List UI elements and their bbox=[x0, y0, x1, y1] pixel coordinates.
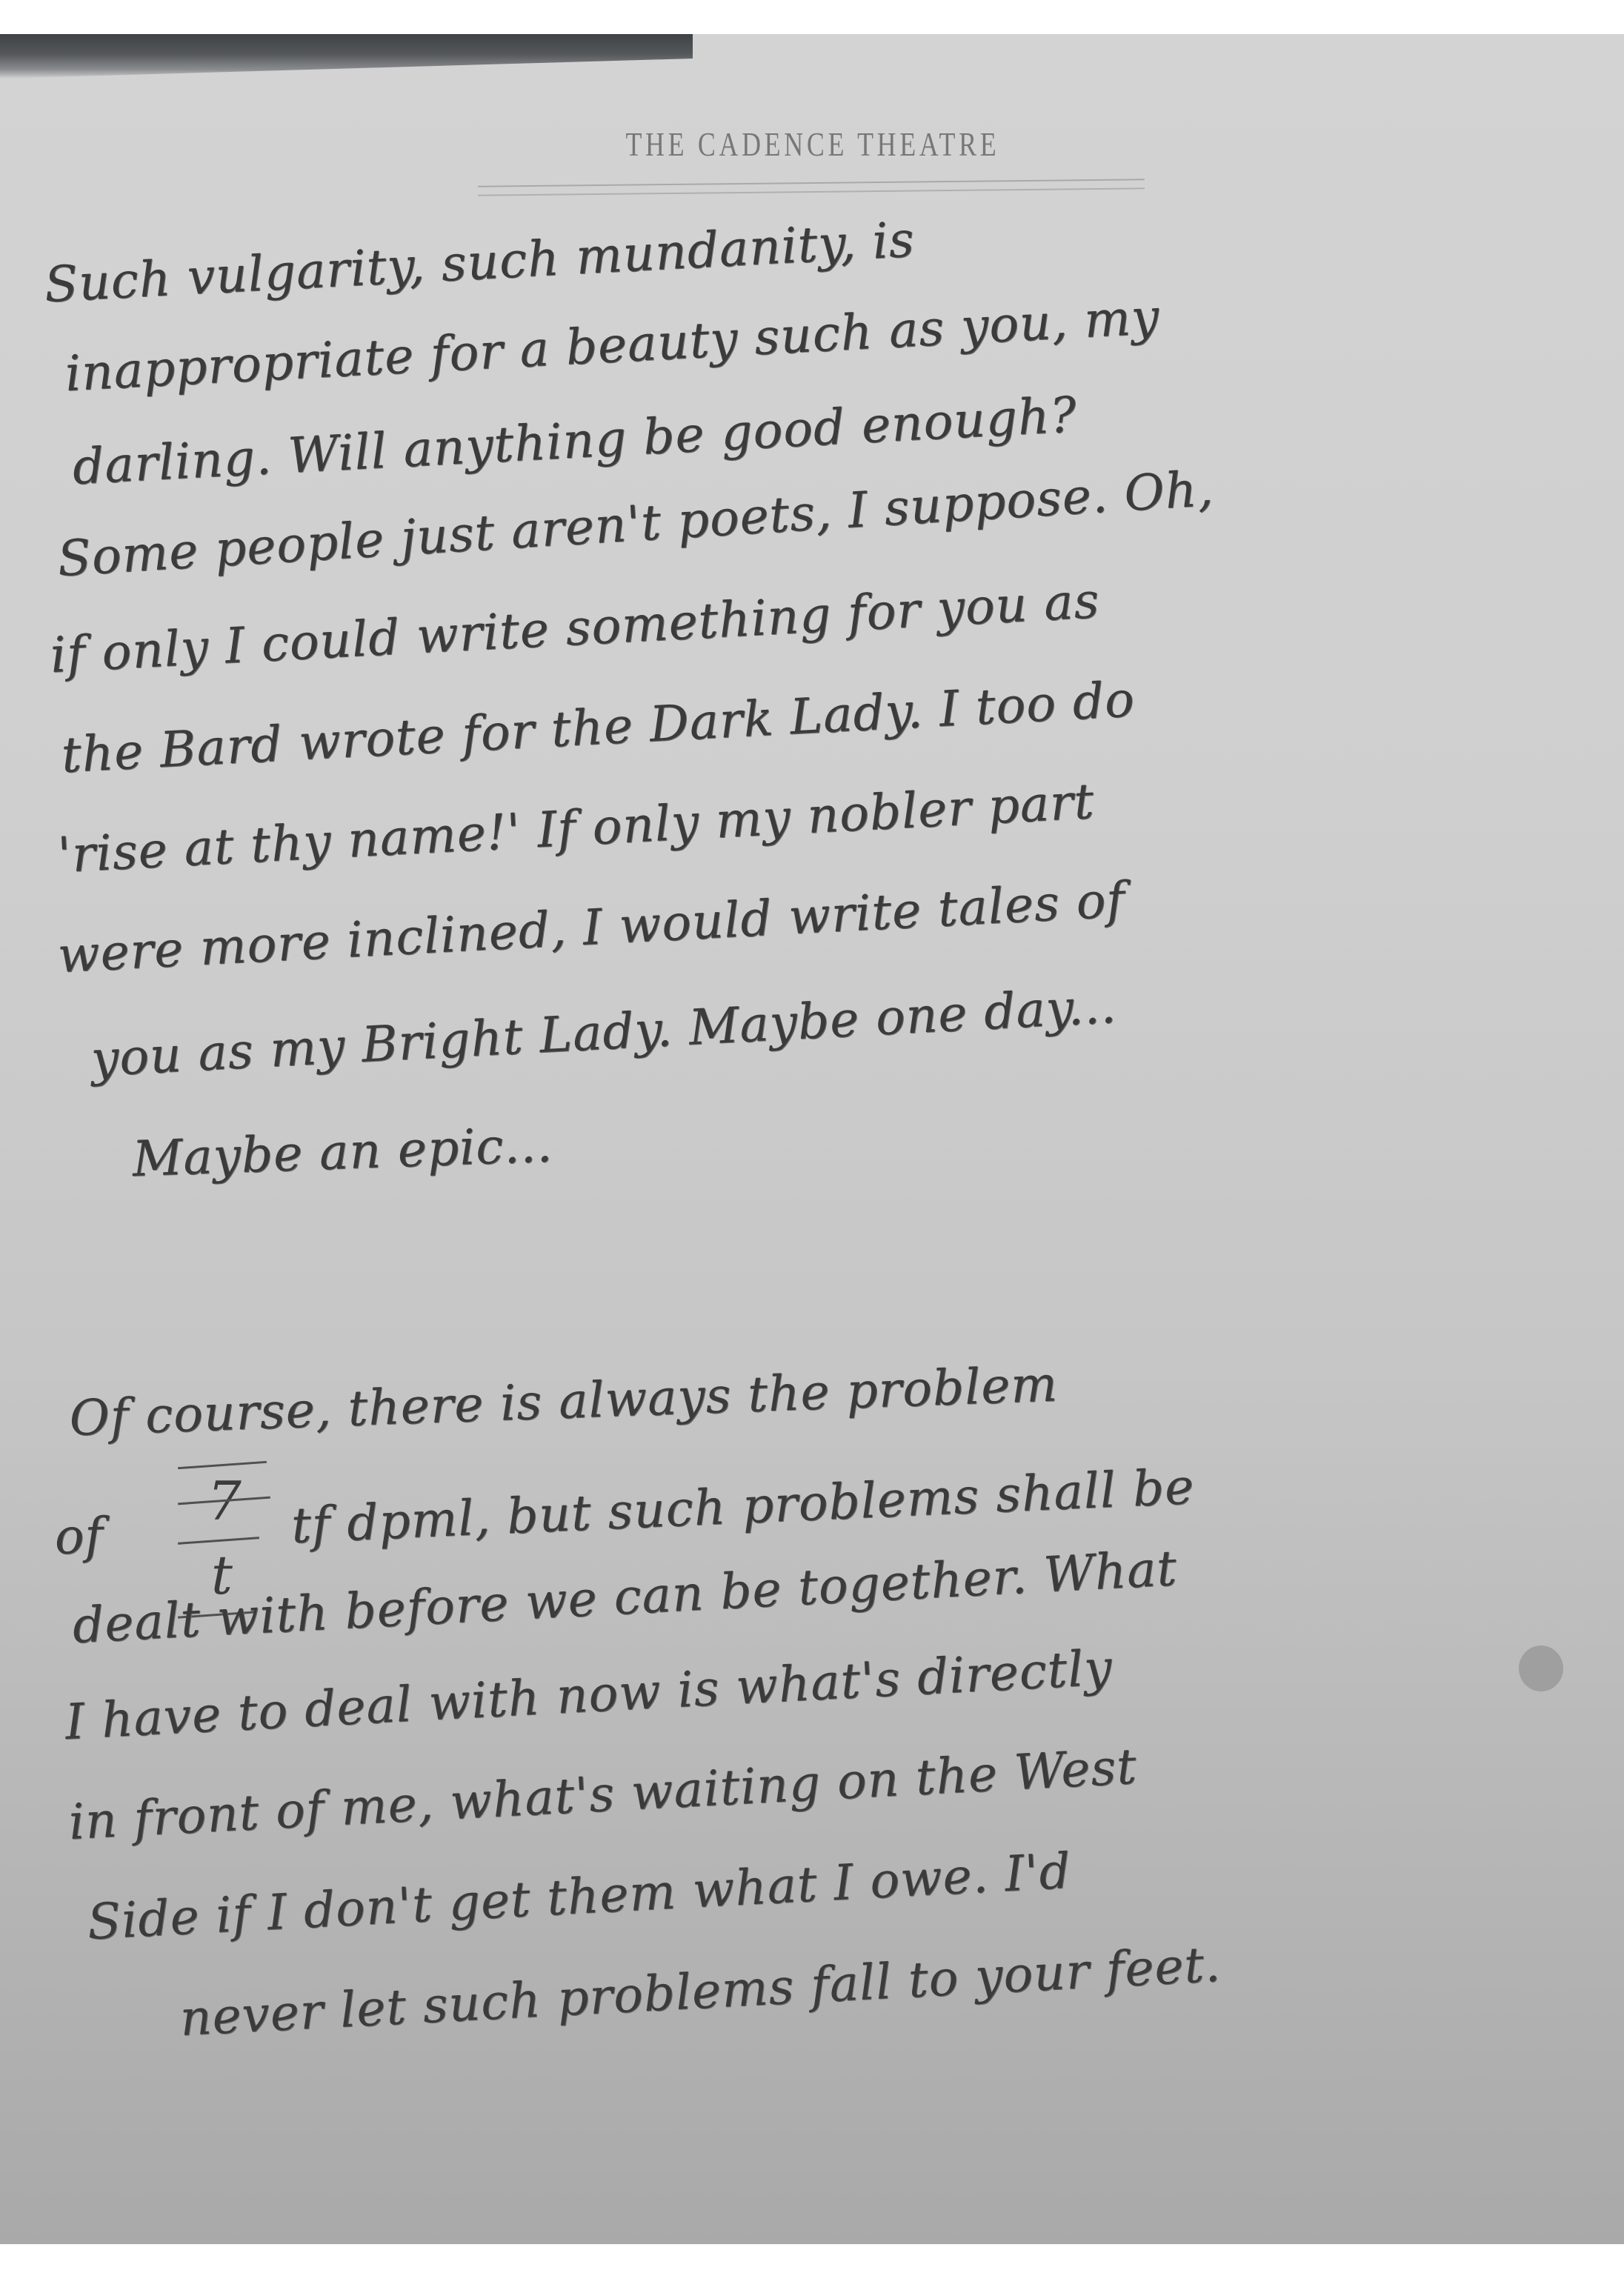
letterhead-title: THE CADENCE THEATRE bbox=[179, 124, 1446, 164]
page-edge-shadow bbox=[0, 34, 693, 79]
letter-line: Of course, there is always the problem bbox=[68, 1355, 1059, 1447]
ink-spot bbox=[1519, 1646, 1563, 1691]
letter-line: the Bard wrote for the Dark Lady. I too … bbox=[60, 671, 1137, 784]
letter-page: THE CADENCE THEATRE Such vulgarity, such… bbox=[0, 34, 1624, 2244]
letter-line: inappropriate for a beauty such as you, … bbox=[64, 288, 1161, 402]
letter-line: you as my Bright Lady. Maybe one day... bbox=[90, 977, 1118, 1088]
letter-line: I have to deal with now is what's direct… bbox=[64, 1639, 1114, 1751]
letter-line: never let such problems fall to your fee… bbox=[179, 1935, 1222, 2047]
letter-line: Such vulgarity, such mundanity, is bbox=[43, 211, 916, 313]
letter-line: in front of me, what's waiting on the We… bbox=[67, 1738, 1138, 1851]
letter-line: Side if I don't get them what I owe. I'd bbox=[86, 1843, 1073, 1951]
letter-line: of bbox=[53, 1507, 104, 1565]
letter-line: Maybe an epic... bbox=[131, 1116, 553, 1188]
letter-line: if only I could write something for you … bbox=[49, 572, 1101, 684]
letter-line: were more inclined, I would write tales … bbox=[56, 871, 1127, 984]
letter-line: 'rise at thy name!' If only my nobler pa… bbox=[56, 773, 1096, 884]
letter-line: tf dpml, but such problems shall be bbox=[290, 1458, 1196, 1554]
letterhead-divider bbox=[478, 179, 1145, 196]
cipher-rule bbox=[178, 1461, 267, 1469]
